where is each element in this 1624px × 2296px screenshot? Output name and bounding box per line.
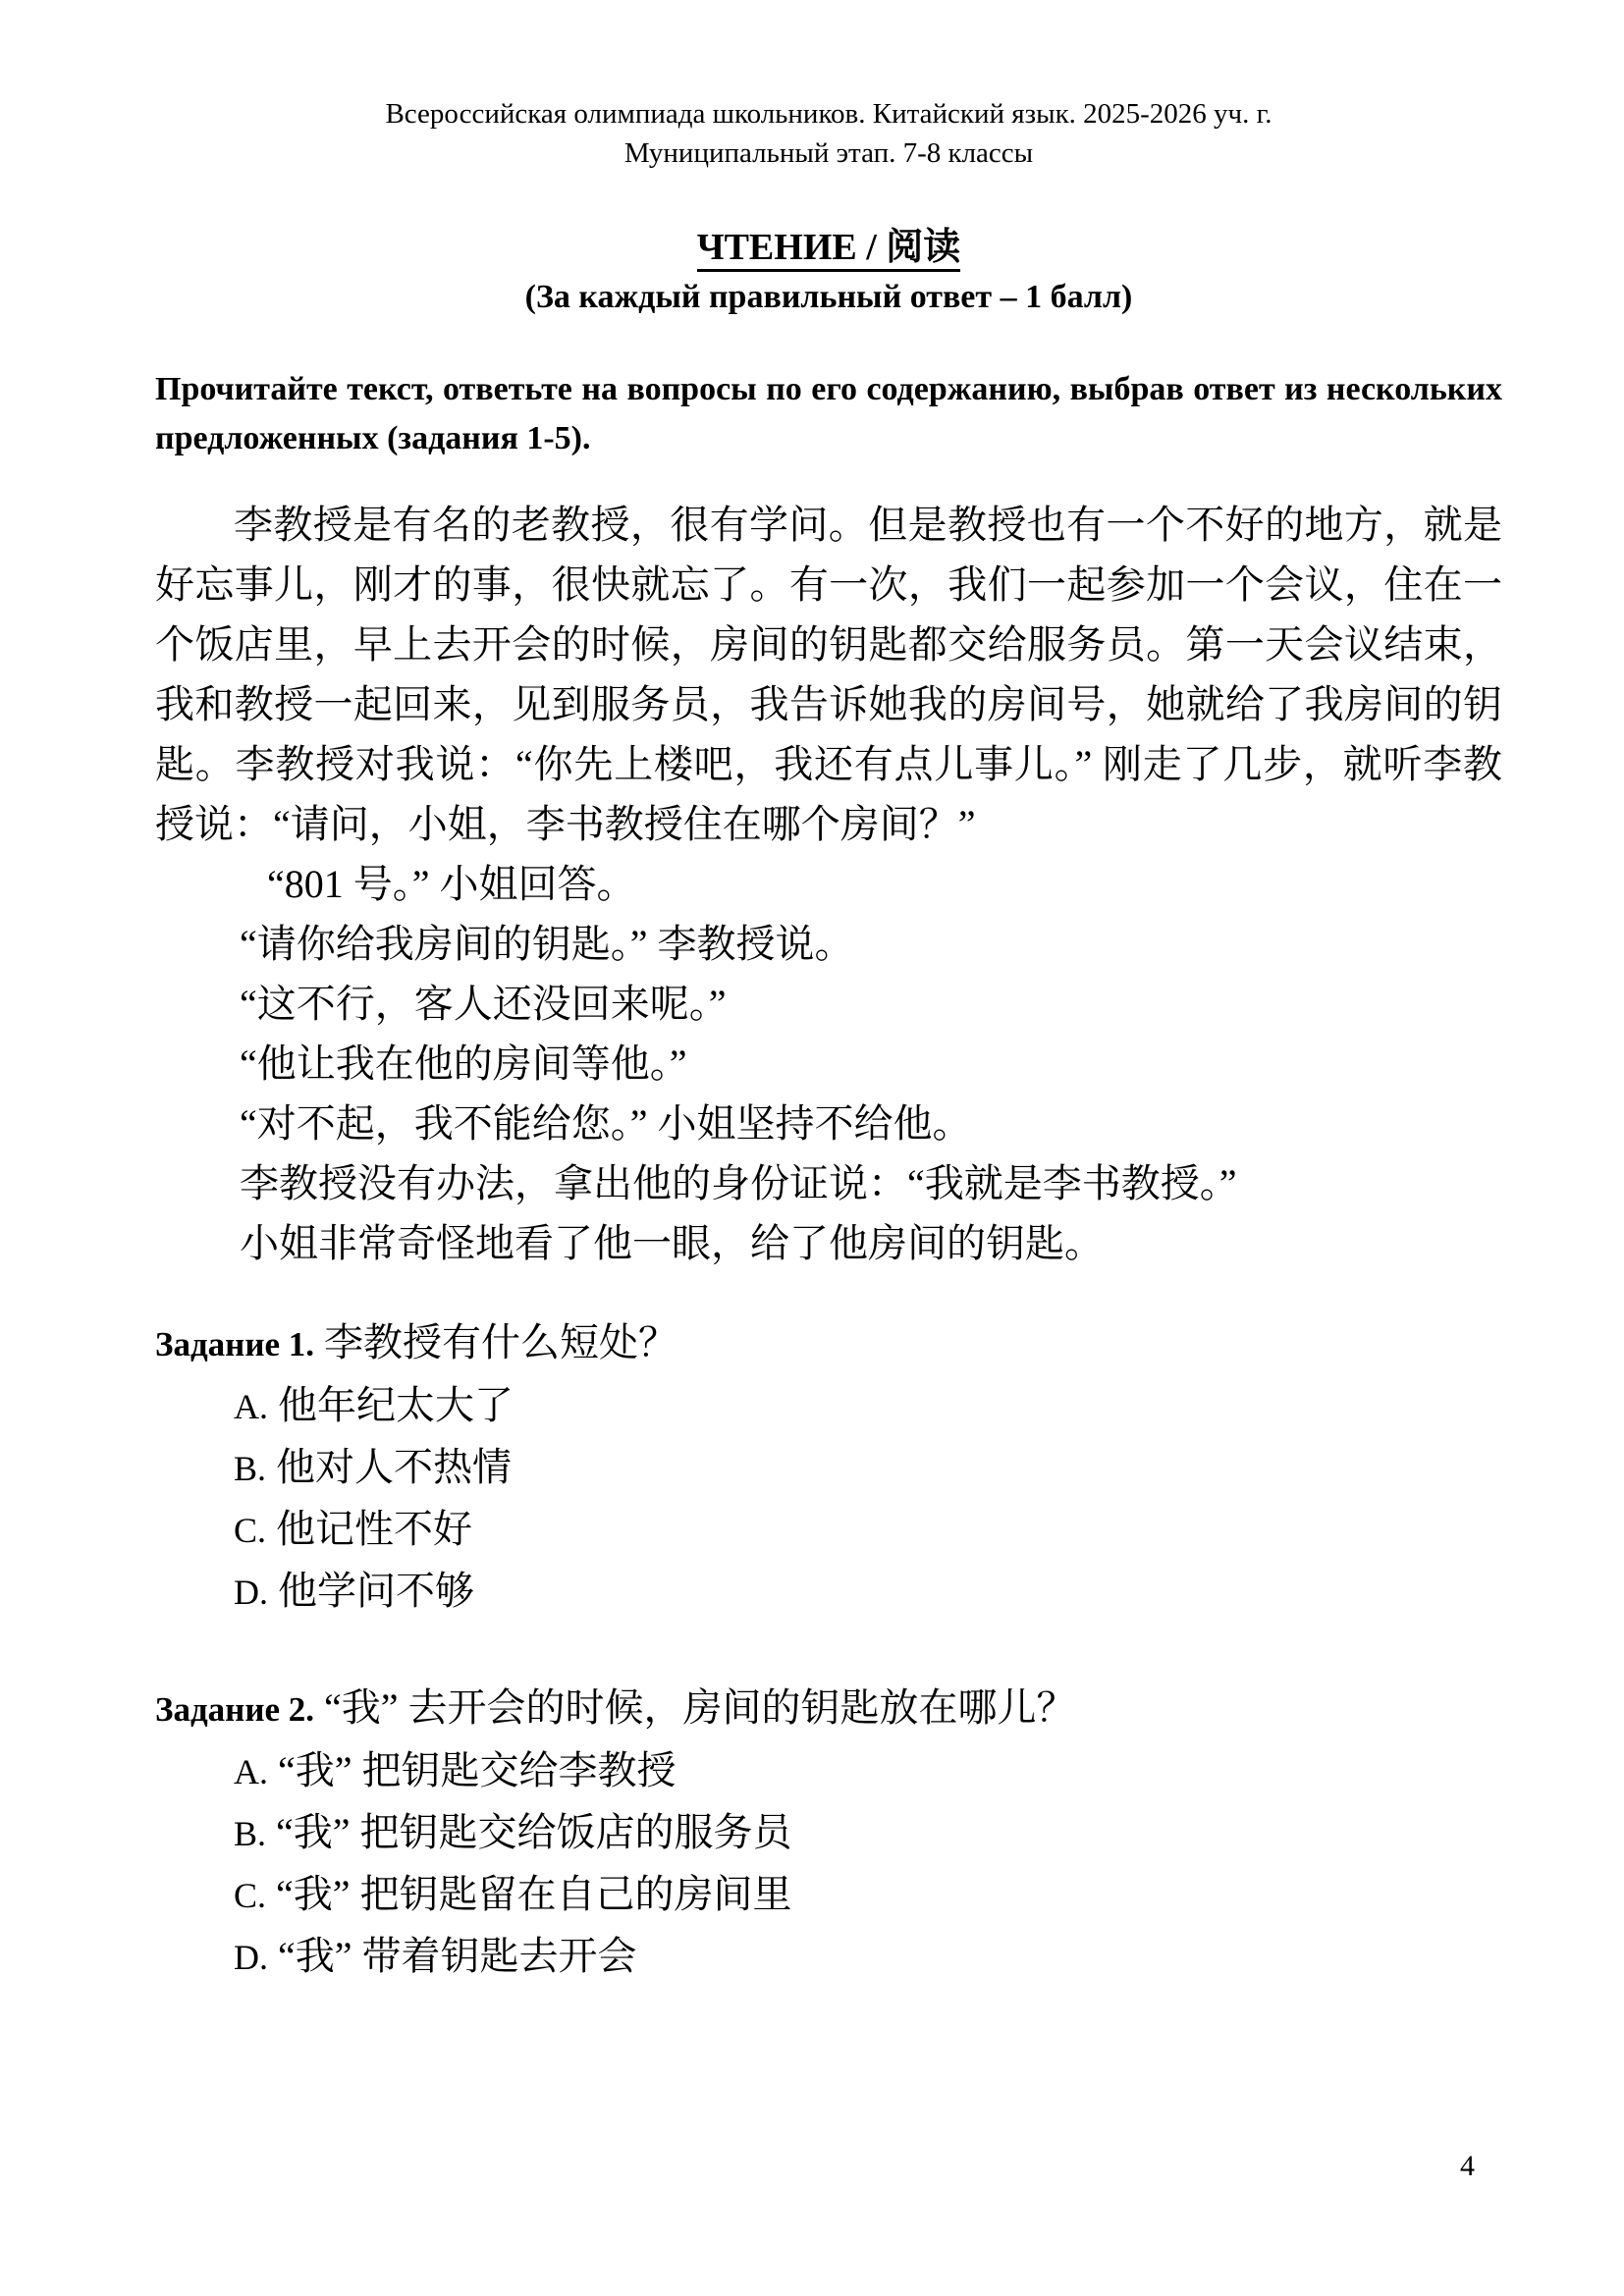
reading-passage: 李教授是有名的老教授，很有学问。但是教授也有一个不好的地方，就是好忘事儿，刚才的… xyxy=(155,495,1502,1273)
option-letter: B. xyxy=(234,1814,266,1853)
task-1-options: A.他年纪太大了 B.他对人不热情 C.他记性不好 D.他学问不够 xyxy=(155,1375,1502,1623)
task-2-option-c: C.“我” 把钥匙留在自己的房间里 xyxy=(234,1864,1502,1926)
task-1: Задание 1. 李教授有什么短处？ A.他年纪太大了 B.他对人不热情 C… xyxy=(155,1312,1502,1623)
passage-paragraph: 李教授没有办法，拿出他的身份证说：“我就是李书教授。” xyxy=(155,1153,1502,1213)
task-2-question: “我” 去开会的时候，房间的钥匙放在哪儿？ xyxy=(324,1685,1076,1730)
option-text: 他对人不热情 xyxy=(276,1445,512,1489)
option-letter: B. xyxy=(234,1449,266,1488)
instructions-text: Прочитайте текст, ответьте на вопросы по… xyxy=(155,365,1502,463)
passage-paragraph: 李教授是有名的老教授，很有学问。但是教授也有一个不好的地方，就是好忘事儿，刚才的… xyxy=(155,495,1502,854)
option-text: 他记性不好 xyxy=(276,1507,472,1551)
option-letter: C. xyxy=(234,1876,266,1915)
passage-paragraph: “801 号。” 小姐回答。 xyxy=(155,854,1502,914)
section-subtitle: (За каждый правильный ответ – 1 балл) xyxy=(155,275,1502,320)
passage-paragraph: “他让我在他的房间等他。” xyxy=(155,1034,1502,1094)
option-text: “我” 把钥匙交给饭店的服务员 xyxy=(276,1810,792,1854)
option-letter: D. xyxy=(234,1573,268,1612)
page-number: 4 xyxy=(1460,2150,1475,2183)
option-text: “我” 把钥匙留在自己的房间里 xyxy=(276,1872,792,1916)
option-letter: A. xyxy=(234,1752,268,1791)
option-letter: D. xyxy=(234,1938,268,1977)
page-header: Всероссийская олимпиада школьников. Кита… xyxy=(155,94,1502,173)
task-2-options: A.“我” 把钥匙交给李教授 B.“我” 把钥匙交给饭店的服务员 C.“我” 把… xyxy=(155,1740,1502,1988)
header-line-2: Муниципальный этап. 7-8 классы xyxy=(155,133,1502,173)
passage-paragraph: 小姐非常奇怪地看了他一眼，给了他房间的钥匙。 xyxy=(155,1213,1502,1273)
option-text: “我” 带着钥匙去开会 xyxy=(278,1934,637,1978)
task-1-option-d: D.他学问不够 xyxy=(234,1561,1502,1623)
task-1-option-b: B.他对人不热情 xyxy=(234,1437,1502,1499)
task-2-option-b: B.“我” 把钥匙交给饭店的服务员 xyxy=(234,1802,1502,1864)
task-2: Задание 2. “我” 去开会的时候，房间的钥匙放在哪儿？ A.“我” 把… xyxy=(155,1678,1502,1988)
passage-paragraph: “请你给我房间的钥匙。” 李教授说。 xyxy=(155,914,1502,974)
section-title-row: ЧТЕНИЕ / 阅读 xyxy=(155,224,1502,271)
task-1-question: 李教授有什么短处？ xyxy=(324,1320,677,1364)
option-letter: C. xyxy=(234,1511,266,1550)
task-1-option-a: A.他年纪太大了 xyxy=(234,1375,1502,1437)
passage-paragraph: “对不起，我不能给您。” 小姐坚持不给他。 xyxy=(155,1094,1502,1153)
task-2-option-a: A.“我” 把钥匙交给李教授 xyxy=(234,1740,1502,1802)
option-text: “我” 把钥匙交给李教授 xyxy=(278,1748,677,1792)
option-text: 他年纪太大了 xyxy=(278,1383,514,1427)
task-1-option-c: C.他记性不好 xyxy=(234,1499,1502,1561)
option-letter: A. xyxy=(234,1387,268,1426)
task-1-label: Задание 1. xyxy=(155,1325,314,1363)
passage-paragraph: “这不行，客人还没回来呢。” xyxy=(155,974,1502,1034)
document-page: Всероссийская олимпиада школьников. Кита… xyxy=(0,0,1624,2296)
section-title: ЧТЕНИЕ / 阅读 xyxy=(697,227,961,272)
task-2-label: Задание 2. xyxy=(155,1690,314,1729)
task-1-heading: Задание 1. 李教授有什么短处？ xyxy=(155,1312,1502,1375)
option-text: 他学问不够 xyxy=(278,1569,474,1613)
header-line-1: Всероссийская олимпиада школьников. Кита… xyxy=(155,94,1502,133)
task-2-option-d: D.“我” 带着钥匙去开会 xyxy=(234,1926,1502,1988)
task-2-heading: Задание 2. “我” 去开会的时候，房间的钥匙放在哪儿？ xyxy=(155,1678,1502,1740)
